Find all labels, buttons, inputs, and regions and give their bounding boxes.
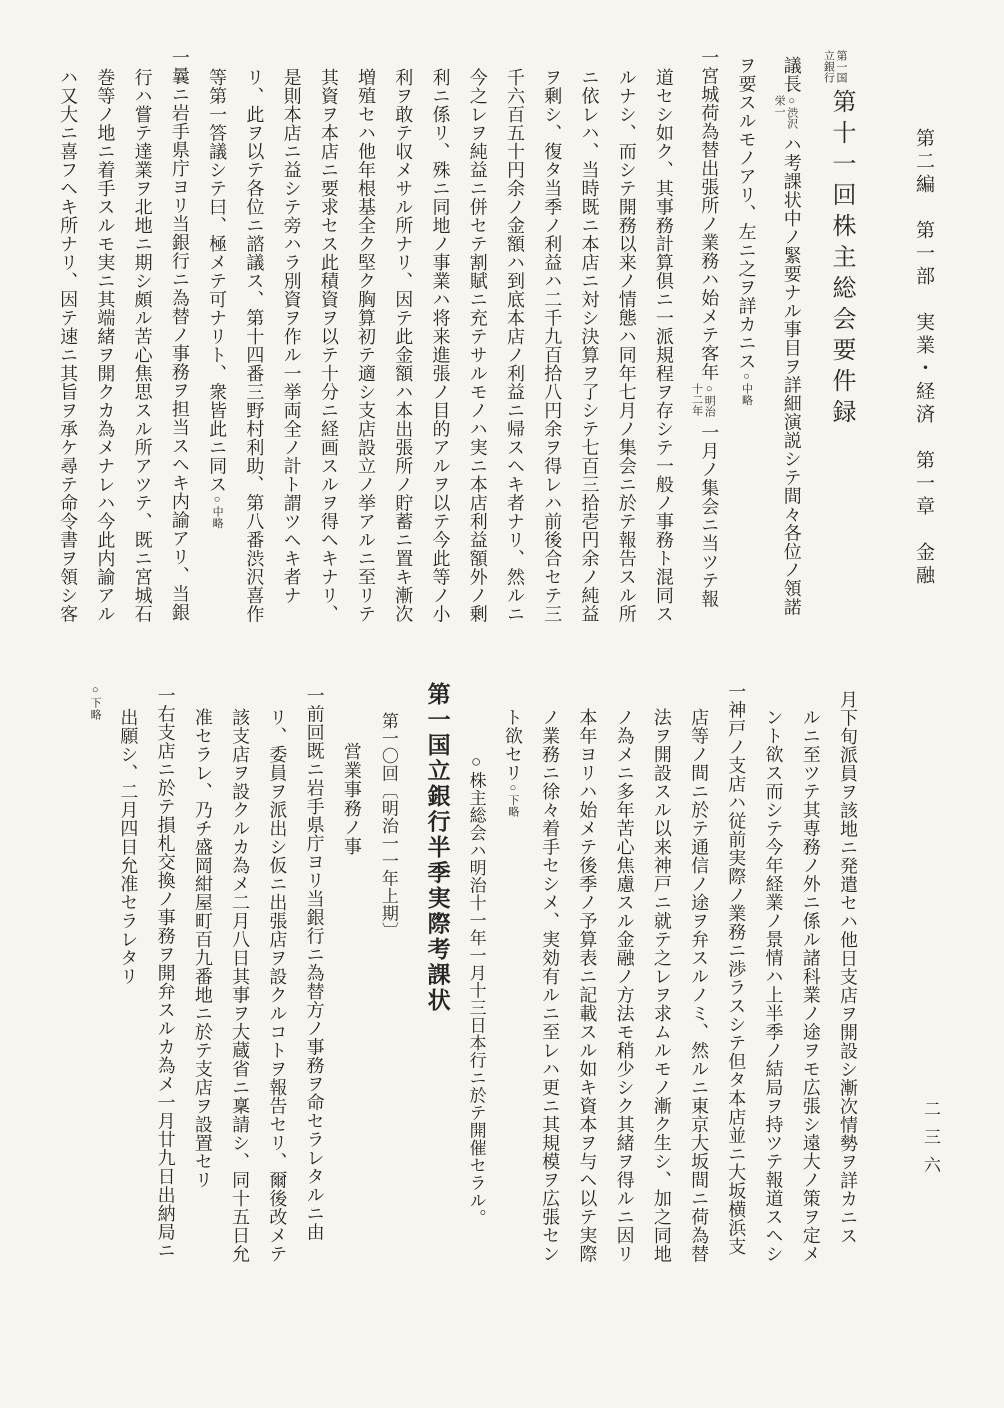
omission-note: ○中略 bbox=[211, 494, 223, 530]
text-column: ルナシ、而シテ開務以来ノ情態ハ同年七月ノ集会ニ於テ報告スル所 bbox=[615, 48, 636, 673]
text-column: 増殖セハ他年根基全ク堅ク胸算初テ適シ支店設立ノ挙アルニ至リテ bbox=[355, 48, 376, 673]
text-column: ニ依レハ、当時既ニ本店ニ対シ決算ヲ了シテ七百三拾壱円余ノ純益 bbox=[578, 48, 599, 673]
text-column: 行ハ嘗テ達業ヲ北地ニ期シ頗ル苦心焦思スル所アツテ、既ニ宮城石 bbox=[131, 48, 152, 673]
running-header: 第二編 第一部 実業・経済 第一章 金融 bbox=[911, 128, 934, 588]
editor-note: ○株主総会ハ明治十一年一月十三日本行ニ於テ開催セラル。 bbox=[466, 682, 486, 1362]
text-column: ノ業務ニ徐々着手セシメ、実効有ルニ至レハ更ニ其規模ヲ広張セン bbox=[539, 682, 560, 1362]
text-column: 准セラレ、乃チ盛岡紺屋町百九番地ニ於テ支店ヲ設置セリ bbox=[192, 682, 213, 1362]
text-column: 該支店ヲ設クルカ為メ二月八日其事ヲ大蔵省ニ稟請シ、同十五日允 bbox=[229, 682, 250, 1362]
text-column: 一右支店ニ於テ損札交換ノ事務ヲ開弁スルカ為メ一月廿九日出納局ニ bbox=[154, 682, 175, 1362]
report-title: 第一国立銀行半季実際考課状 bbox=[424, 682, 450, 1362]
report-subtitle: 第一〇回〔明治一一年上期〕 bbox=[378, 682, 398, 1362]
section-heading: 営業事務ノ事 bbox=[341, 682, 362, 1362]
text-column: 出願シ、二月四日允准セラレタリ bbox=[117, 682, 138, 1362]
text-column: ント欲ス而シテ今年経業ノ景情ハ上半季ノ結局ヲ持ツテ報道スヘシ bbox=[762, 682, 783, 1362]
shareholders-minutes-block: 第一国立銀行第十一回株主総会要件録議長○渋沢栄一ハ考課状中ノ緊要ナル事目ヲ詳細演… bbox=[41, 48, 854, 673]
omission-note: ○中略 bbox=[740, 371, 752, 407]
text-column: 一宮城荷為替出張所ノ業務ハ始メテ客年○明治十二年一月ノ集会ニ当ツテ報 bbox=[690, 48, 719, 673]
text-column: 巻等ノ地ニ着手スルモ実ニ其端緒ヲ開クカ為メナレハ今此内諭アル bbox=[94, 48, 115, 673]
inline-annotation: ○渋沢栄一 bbox=[772, 95, 797, 129]
text-column: リ、委員ヲ派出シ仮ニ出張店ヲ設クルコトヲ報告セリ、爾後改メテ bbox=[266, 682, 287, 1362]
text-column: 道セシ如ク、其事務計算倶ニ一派規程ヲ存シテ一般ノ事務ト混同ス bbox=[653, 48, 674, 673]
omission-note-column: ○下略 bbox=[88, 682, 101, 1362]
text-column: 一前回既ニ岩手県庁ヨリ当銀行ニ為替方ノ事務ヲ命セラレタルニ由 bbox=[303, 682, 324, 1362]
text-column: 一曩ニ岩手県庁ヨリ当銀行ニ為替ノ事務ヲ担当スヘキ内諭アリ、当銀 bbox=[169, 48, 190, 673]
text-column: 議長○渋沢栄一ハ考課状中ノ緊要ナル事目ヲ詳細演説シテ間々各位ノ領諾 bbox=[772, 48, 801, 673]
omission-note: ○下略 bbox=[507, 782, 519, 818]
text-column: 利ニ係リ、殊ニ同地ノ事業ハ将来進張ノ目的アルヲ以テ今此等ノ小 bbox=[429, 48, 450, 673]
text-column: リ、此ヲ以テ各位ニ諮議ス、第十四番三野村利助、第八番渋沢喜作 bbox=[243, 48, 264, 673]
text-column: ルニ至ツテ其専務ノ外ニ係ル諸科業ノ途ヲモ広張シ遠大ノ策ヲ定メ bbox=[800, 682, 821, 1362]
text-column: 本年ヨリハ始メテ後季ノ予算表ニ記載スル如キ資本ヲ与ヘ以テ実際 bbox=[576, 682, 597, 1362]
appraisal-report-block: 月下旬派員ヲ該地ニ発遣セハ他日支店ヲ開設シ漸次情勢ヲ詳カニスルニ至ツテ其専務ノ外… bbox=[72, 682, 858, 1362]
section-title: 第一国立銀行第十一回株主総会要件録 bbox=[822, 48, 854, 673]
text-column: 千六百五十円余ノ金額ハ到底本店ノ利益ニ帰スヘキ者ナリ、然ルニ bbox=[504, 48, 525, 673]
scanned-book-page: 第二編 第一部 実業・経済 第一章 金融 二三六 第一国立銀行第十一回株主総会要… bbox=[0, 0, 1004, 1408]
text-column: ノ為メニ多年苦心焦慮スル金融ノ方法モ稍少シク其緒ヲ得ルニ因リ bbox=[613, 682, 634, 1362]
text-column: 是則本店ニ益シテ旁ハラ別資ヲ作ル一挙両全ノ計ト謂ツヘキ者ナ bbox=[280, 48, 301, 673]
text-column: 法ヲ開設スル以来神戸ニ就テ之レヲ求ムルモノ漸ク生シ、加之同地 bbox=[651, 682, 672, 1362]
page-number: 二三六 bbox=[920, 1100, 940, 1184]
inline-annotation: 第一国立銀行 bbox=[822, 50, 847, 83]
text-column: ヲ要スルモノアリ、左ニ之ヲ詳カニス○中略 bbox=[735, 48, 756, 673]
text-column: ヲ剰シ、復タ当季ノ利益ハ二千九百拾八円余ヲ得レハ前後合セテ三 bbox=[541, 48, 562, 673]
text-column: 今之レヲ純益ニ併セテ割賦ニ充テサルモノハ実ニ本店利益額外ノ剰 bbox=[467, 48, 488, 673]
inline-annotation: ○明治十二年 bbox=[690, 383, 715, 417]
text-column: ト欲セリ○下略 bbox=[502, 682, 523, 1362]
text-column: 一神戸ノ支店ハ従前実際ノ業務ニ渉ラスシテ但タ本店並ニ大坂横浜支 bbox=[725, 682, 746, 1362]
text-column: 其資ヲ本店ニ要求セス此積資ヲ以テ十分ニ経画スルヲ得ヘキナリ、 bbox=[318, 48, 339, 673]
text-column: 月下旬派員ヲ該地ニ発遣セハ他日支店ヲ開設シ漸次情勢ヲ詳カニス bbox=[837, 682, 858, 1362]
text-column: ハ又大ニ喜フヘキ所ナリ、因テ速ニ其旨ヲ承ケ尋テ命令書ヲ領シ客 bbox=[57, 48, 78, 673]
text-column: 店等ノ間ニ於テ通信ノ途ヲ弁スルノミ、然ルニ東京大坂間ニ荷為替 bbox=[688, 682, 709, 1362]
text-column: 利ヲ敢テ収メサル所ナリ、因テ此金額ハ本出張所ノ貯蓄ニ置キ漸次 bbox=[392, 48, 413, 673]
text-column: 等第一答議シテ曰、極メテ可ナリト、衆皆此ニ同ス○中略 bbox=[206, 48, 227, 673]
